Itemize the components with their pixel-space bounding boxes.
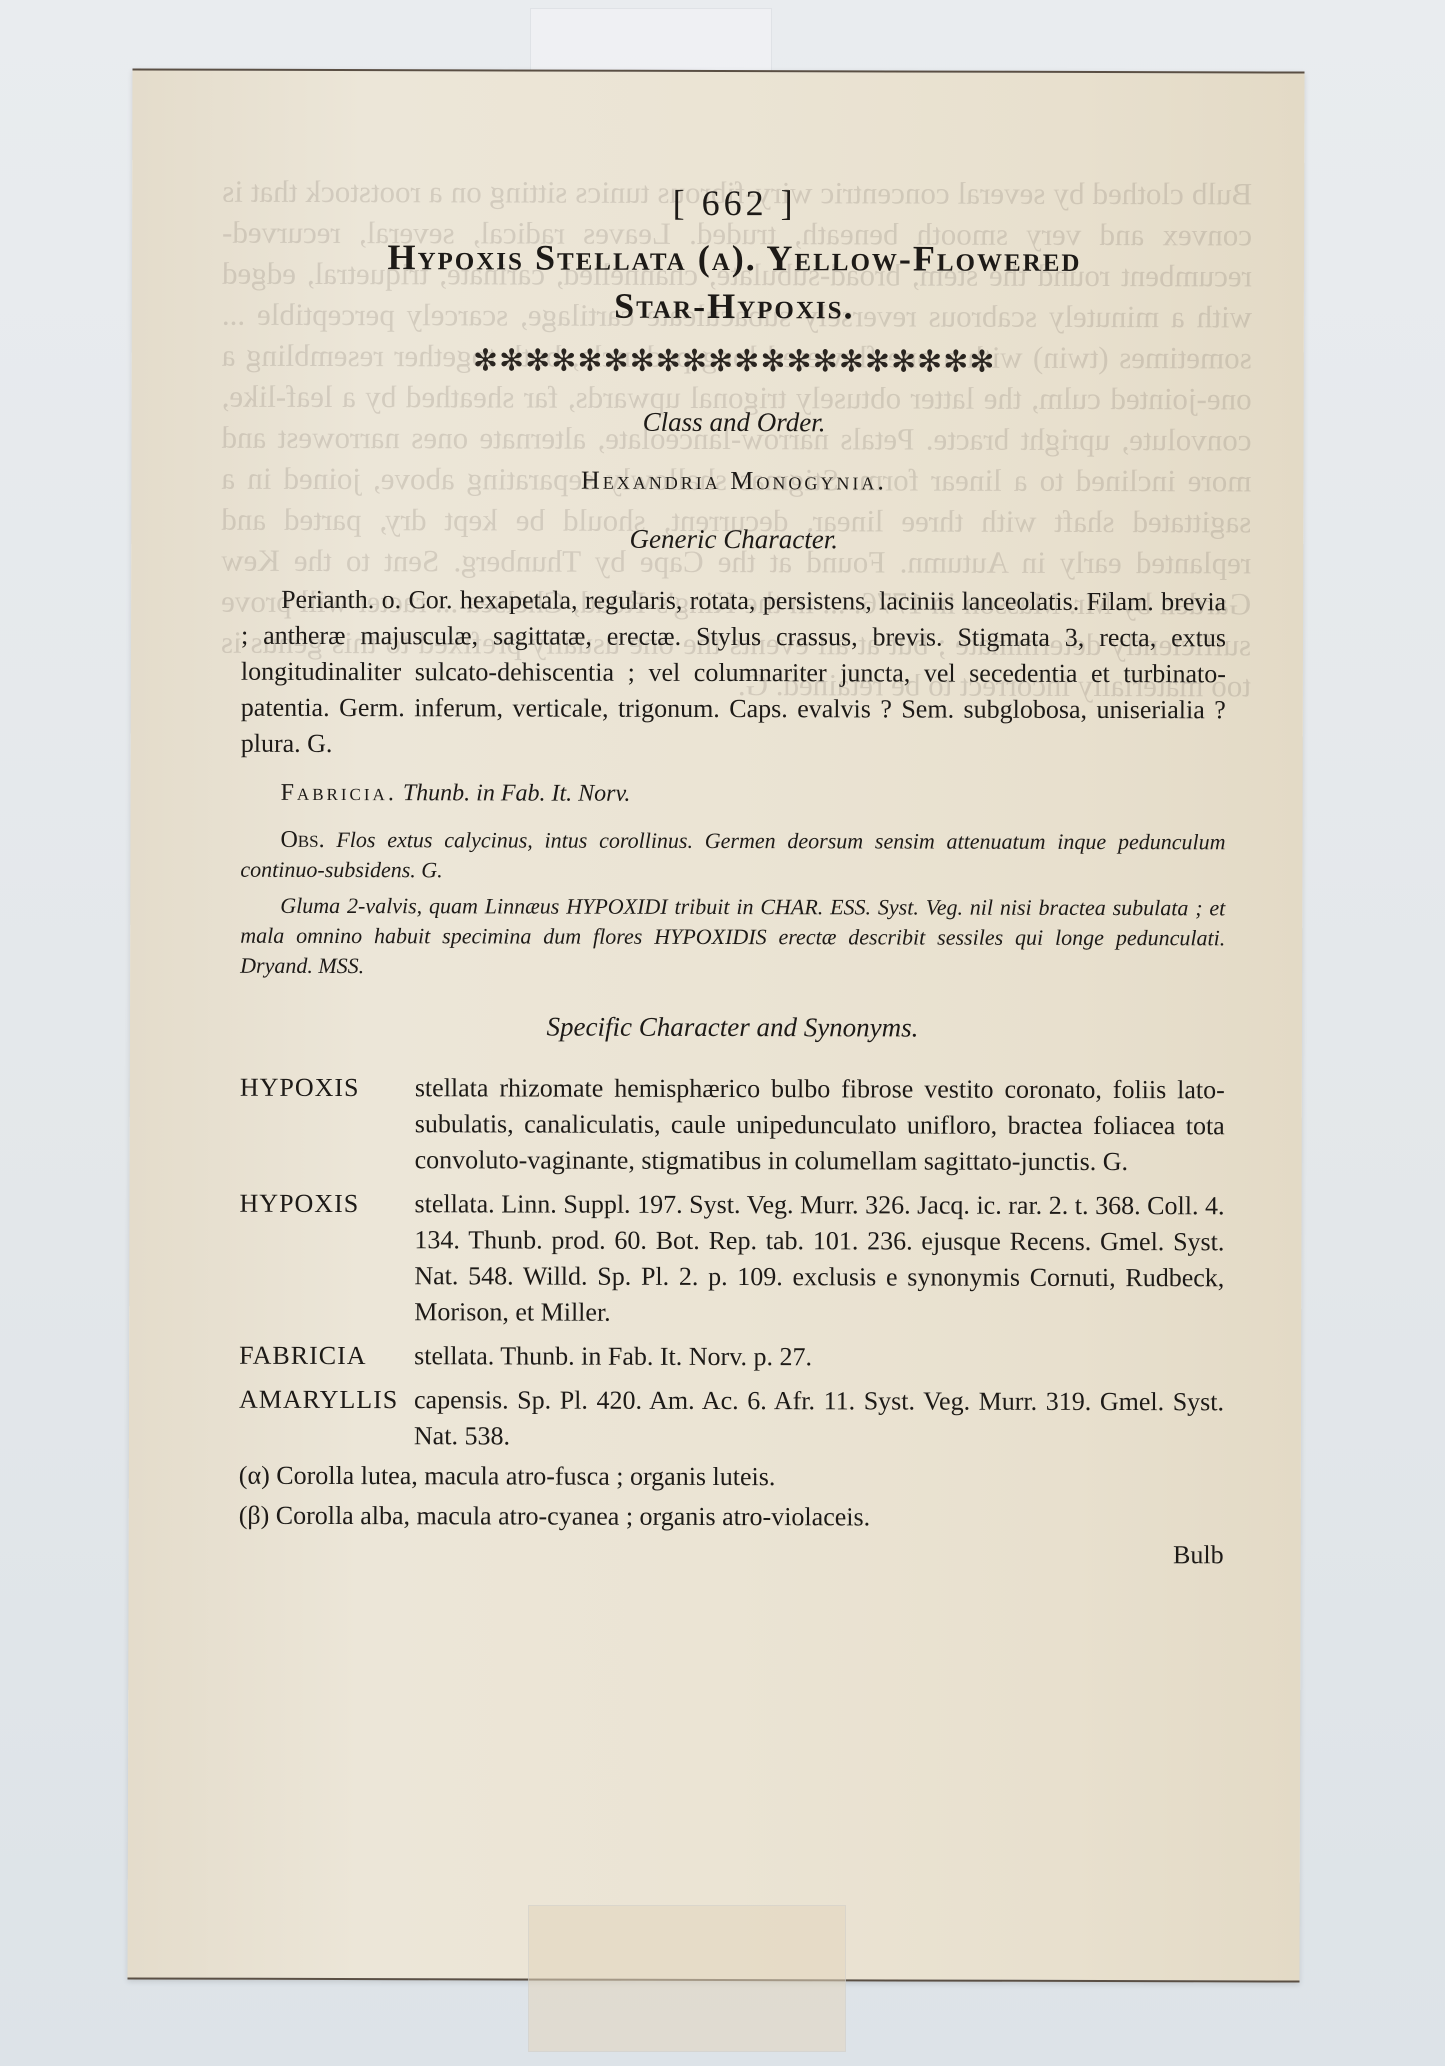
observation-1: Obs. Flos extus calycinus, intus corolli… <box>240 825 1225 888</box>
synonym-text: stellata. Thunb. in Fab. It. Norv. p. 27… <box>414 1338 1224 1376</box>
specific-character-heading: Specific Character and Synonyms. <box>240 1011 1225 1045</box>
synonym-genus: HYPOXIS <box>240 1070 415 1178</box>
synonym-genus: AMARYLLIS <box>239 1382 414 1454</box>
variety-alpha: (α) Corolla lutea, macula atro-fusca ; o… <box>239 1458 1224 1497</box>
obs-text-2: Gluma 2-valvis, quam Linnæus HYPOXIDI tr… <box>240 893 1225 978</box>
synonym-genus: FABRICIA <box>239 1338 414 1374</box>
class-order: Hexandria Monogynia. <box>241 465 1226 498</box>
obs-label: Obs. <box>280 827 324 853</box>
ornament-divider: ✻✻✻✻✻✻✻✻✻✻✻✻✻✻✻✻✻✻✻✻ <box>242 343 1227 381</box>
page-content: [ 662 ] Hypoxis Stellata (α). Yellow-Flo… <box>239 181 1228 1571</box>
class-order-heading: Class and Order. <box>242 406 1227 440</box>
fabricia-genus: Fabricia. <box>281 780 397 806</box>
observation-2: Gluma 2-valvis, quam Linnæus HYPOXIDI tr… <box>240 891 1225 984</box>
synonym-entry: HYPOXIS stellata. Linn. Suppl. 197. Syst… <box>239 1186 1224 1333</box>
fabricia-citation: Thunb. in Fab. It. Norv. <box>403 780 631 807</box>
synonym-text: stellata rhizomate hemisphærico bulbo fi… <box>415 1070 1225 1180</box>
synonym-text: stellata. Linn. Suppl. 197. Syst. Veg. M… <box>414 1186 1224 1332</box>
synonym-entry: FABRICIA stellata. Thunb. in Fab. It. No… <box>239 1338 1224 1377</box>
synonym-entry: HYPOXIS stellata rhizomate hemisphærico … <box>240 1070 1225 1181</box>
page-title-line2: Star-Hypoxis. <box>242 281 1227 332</box>
generic-character-heading: Generic Character. <box>241 523 1226 557</box>
synonym-text: capensis. Sp. Pl. 420. Am. Ac. 6. Afr. 1… <box>414 1382 1224 1456</box>
catchword: Bulb <box>239 1538 1224 1571</box>
fabricia-reference: Fabricia. Thunb. in Fab. It. Norv. <box>281 780 1226 809</box>
book-page: Bulb clothed by several concentric wiry-… <box>128 68 1305 1982</box>
synonym-genus: HYPOXIS <box>239 1186 414 1330</box>
tape-strip-bottom <box>528 1905 846 2052</box>
generic-character-text: Perianth. o. Cor. hexapetala, regularis,… <box>241 582 1226 765</box>
variety-beta: (β) Corolla alba, macula atro-cyanea ; o… <box>239 1498 1224 1537</box>
synonym-entry: AMARYLLIS capensis. Sp. Pl. 420. Am. Ac.… <box>239 1382 1224 1457</box>
page-number: [ 662 ] <box>242 181 1227 226</box>
obs-text-1: Flos extus calycinus, intus corollinus. … <box>240 827 1225 882</box>
page-title-line1: Hypoxis Stellata (α). Yellow-Flowered <box>242 233 1227 284</box>
